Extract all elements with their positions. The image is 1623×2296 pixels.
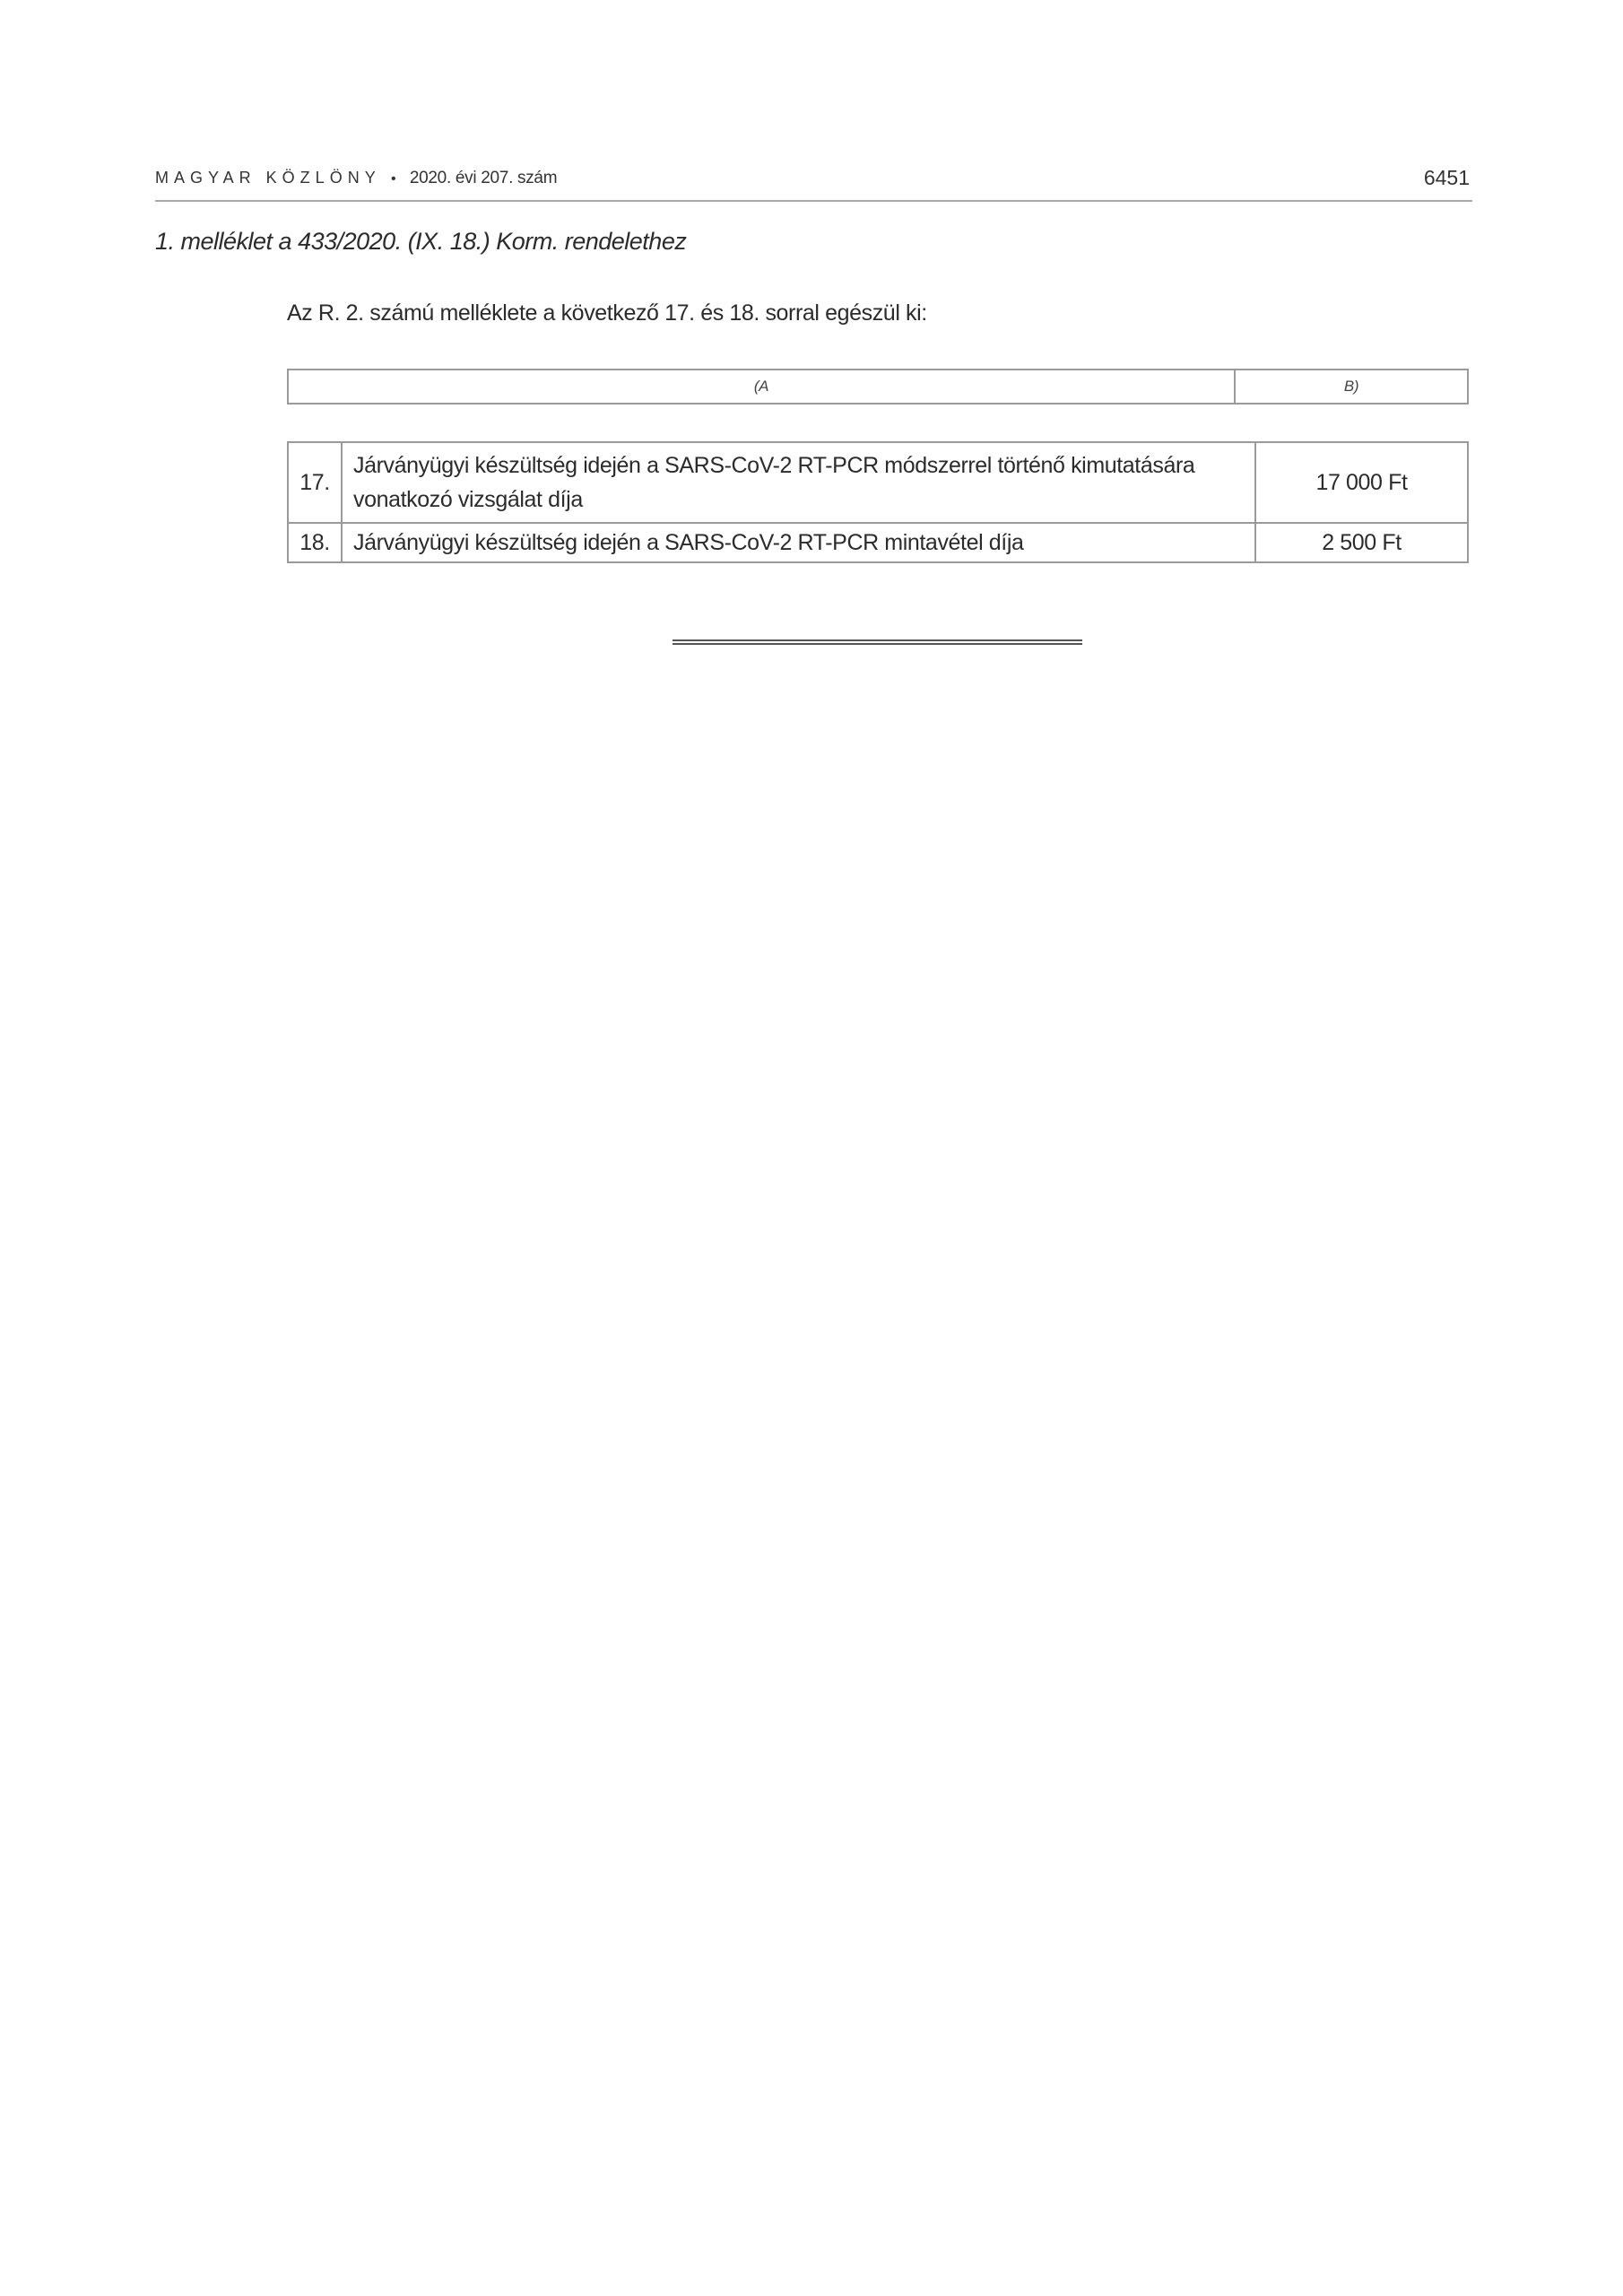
row-fee: 2 500 Ft [1255,523,1468,562]
journal-name: MAGYAR KÖZLÖNY [155,169,381,187]
intro-paragraph: Az R. 2. számú melléklete a következő 17… [287,300,927,326]
header-rule [155,200,1472,202]
column-header-b: B) [1235,370,1468,404]
row-number: 17. [288,442,342,523]
header-separator: • [391,171,396,187]
row-description: Járványügyi készültség idején a SARS-CoV… [342,523,1255,562]
page-number: 6451 [1424,166,1470,190]
column-header-row: (A B) [288,370,1468,404]
row-fee: 17 000 Ft [1255,442,1468,523]
row-description: Járványügyi készültség idején a SARS-CoV… [342,442,1255,523]
end-of-section-rule [673,639,1082,645]
running-head: MAGYAR KÖZLÖNY • 2020. évi 207. szám 645… [155,169,1472,196]
annex-title: 1. melléklet a 433/2020. (IX. 18.) Korm.… [155,228,686,256]
table-row: 18. Járványügyi készültség idején a SARS… [288,523,1468,562]
fee-table: 17. Járványügyi készültség idején a SARS… [287,441,1469,563]
column-header-table: (A B) [287,369,1469,404]
column-header-a: (A [288,370,1235,404]
row-number: 18. [288,523,342,562]
table-row: 17. Járványügyi készültség idején a SARS… [288,442,1468,523]
issue-number: 2020. évi 207. szám [410,169,557,187]
